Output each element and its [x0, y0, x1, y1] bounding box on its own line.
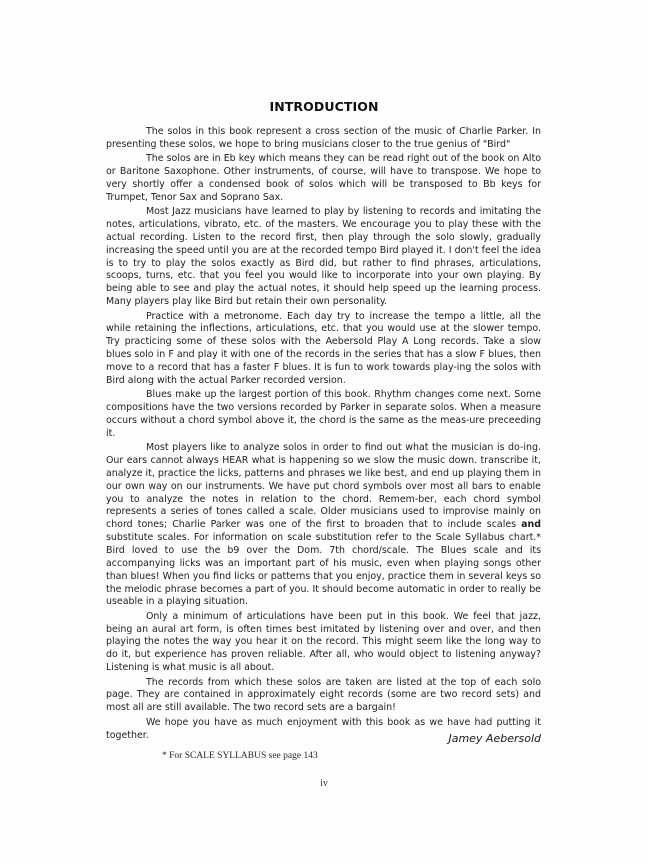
paragraph: Most Jazz musicians have learned to play…: [106, 206, 541, 309]
paragraph: Practice with a metronome. Each day try …: [106, 311, 541, 388]
paragraph: The records from which these solos are t…: [106, 677, 541, 716]
author-signature: Jamey Aebersold: [448, 732, 541, 745]
bold-text: and: [521, 519, 541, 530]
page-number: iv: [0, 778, 648, 789]
text-run: Blues make up the largest portion of thi…: [106, 389, 541, 439]
paragraph: The solos in this book represent a cross…: [106, 126, 541, 152]
paragraph: Most players like to analyze solos in or…: [106, 442, 541, 609]
paragraph: The solos are in Eb key which means they…: [106, 153, 541, 204]
text-run: Most players like to analyze solos in or…: [106, 442, 541, 530]
footnote: * For SCALE SYLLABUS see page 143: [162, 751, 318, 761]
text-run: Most Jazz musicians have learned to play…: [106, 206, 541, 307]
page-title: INTRODUCTION: [0, 99, 648, 114]
text-run: The solos in this book represent a cross…: [106, 126, 541, 150]
paragraph: Blues make up the largest portion of thi…: [106, 389, 541, 440]
text-run: Only a minimum of articulations have bee…: [106, 611, 541, 673]
text-run: Practice with a metronome. Each day try …: [106, 311, 541, 386]
text-run: The solos are in Eb key which means they…: [106, 153, 541, 203]
text-run: The records from which these solos are t…: [106, 677, 541, 714]
paragraph: Only a minimum of articulations have bee…: [106, 611, 541, 675]
body-text: The solos in this book represent a cross…: [106, 126, 541, 744]
text-run: substitute scales. For information on sc…: [106, 532, 541, 607]
document-page: INTRODUCTION The solos in this book repr…: [0, 0, 648, 864]
